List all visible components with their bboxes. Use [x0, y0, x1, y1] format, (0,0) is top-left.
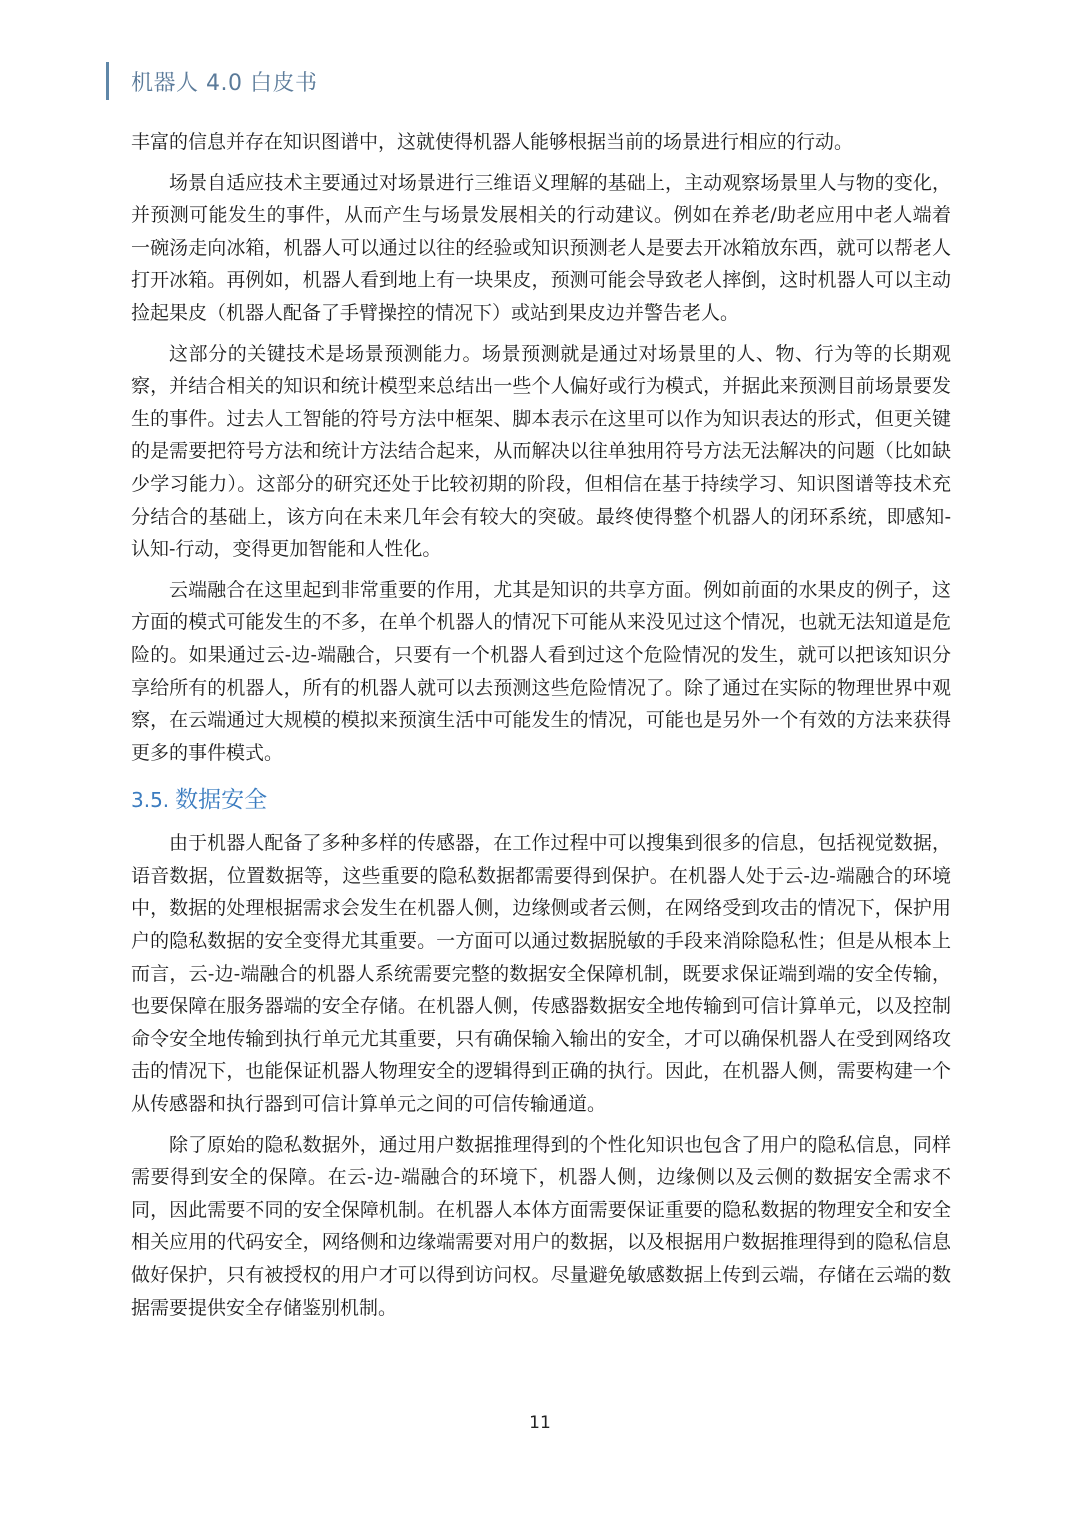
section-title: 数据安全 [175, 787, 267, 813]
paragraph-cloud-fusion: 云端融合在这里起到非常重要的作用，尤其是知识的共享方面。例如前面的水果皮的例子，… [131, 574, 951, 770]
document-title: 机器人 4.0 白皮书 [131, 66, 317, 97]
section-number: 3.5. [131, 788, 169, 812]
running-header: 机器人 4.0 白皮书 [106, 62, 317, 100]
header-accent-bar [106, 62, 109, 100]
paragraph-data-security-1: 由于机器人配备了多种多样的传感器，在工作过程中可以搜集到很多的信息，包括视觉数据… [131, 827, 951, 1120]
paragraph-continuation: 丰富的信息并存在知识图谱中，这就使得机器人能够根据当前的场景进行相应的行动。 [131, 126, 951, 159]
page-body: 丰富的信息并存在知识图谱中，这就使得机器人能够根据当前的场景进行相应的行动。 场… [131, 126, 951, 1324]
page-number: 11 [0, 1413, 1080, 1433]
section-heading: 3.5.数据安全 [131, 783, 951, 817]
paragraph-scene-adaptation: 场景自适应技术主要通过对场景进行三维语义理解的基础上，主动观察场景里人与物的变化… [131, 167, 951, 330]
paragraph-data-security-2: 除了原始的隐私数据外，通过用户数据推理得到的个性化知识也包含了用户的隐私信息，同… [131, 1129, 951, 1325]
paragraph-scene-prediction: 这部分的关键技术是场景预测能力。场景预测就是通过对场景里的人、物、行为等的长期观… [131, 338, 951, 566]
